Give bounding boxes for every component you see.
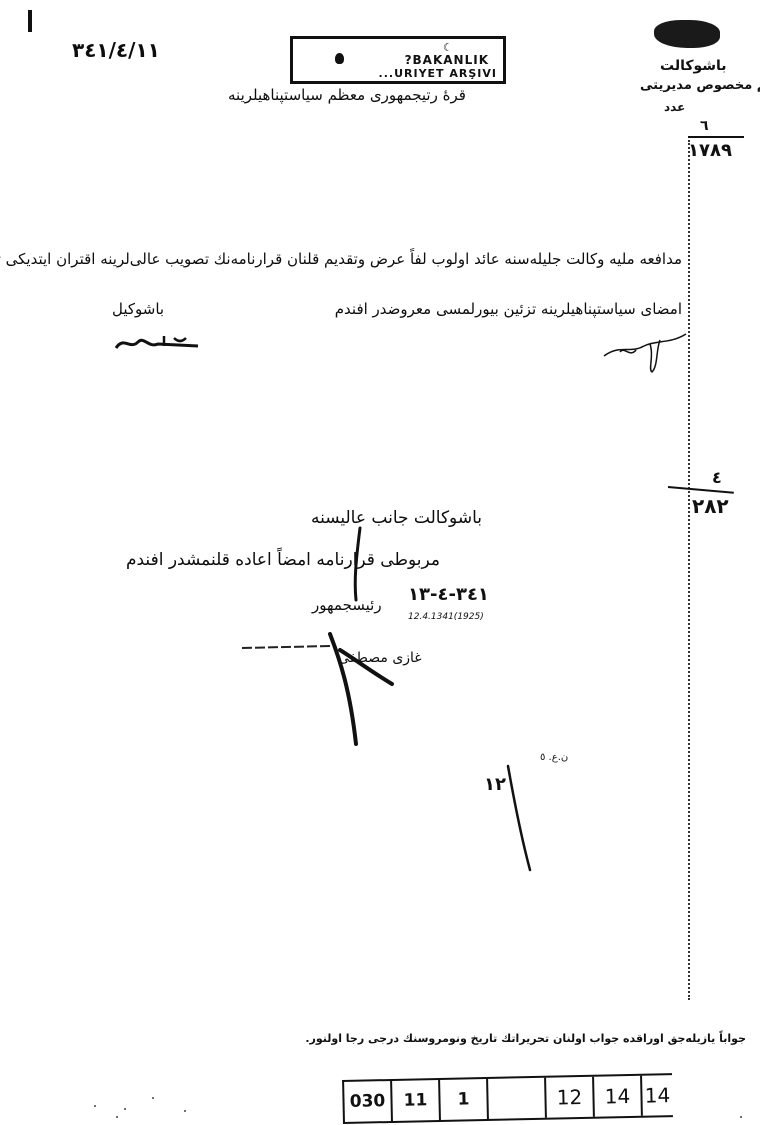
archive-ref-cell: 1	[440, 1079, 489, 1120]
folio-note: ن.ع. ٥	[540, 752, 568, 763]
archive-ref-cell: 14	[594, 1076, 643, 1117]
scan-speck	[184, 1110, 186, 1112]
archive-ref-cell: 12	[546, 1077, 595, 1118]
scan-speck	[740, 1116, 742, 1118]
archive-ref-cell	[488, 1078, 547, 1119]
archive-reference-boxes: 030 11 1 12 14 14	[342, 1073, 673, 1124]
scan-speck	[152, 1097, 154, 1099]
archive-ref-cell: 11	[392, 1080, 441, 1121]
archive-ref-cell: 14	[642, 1075, 673, 1116]
footer-note: جواباً یازیله‌جق اوراقده جواب اولنان تحر…	[305, 1032, 746, 1045]
scan-speck	[116, 1116, 118, 1118]
folio-number: ١٢	[484, 774, 506, 795]
scan-speck	[124, 1108, 126, 1110]
scan-speck	[94, 1105, 96, 1107]
handwritten-strokes	[0, 0, 760, 1125]
archive-ref-cell: 030	[344, 1081, 393, 1122]
